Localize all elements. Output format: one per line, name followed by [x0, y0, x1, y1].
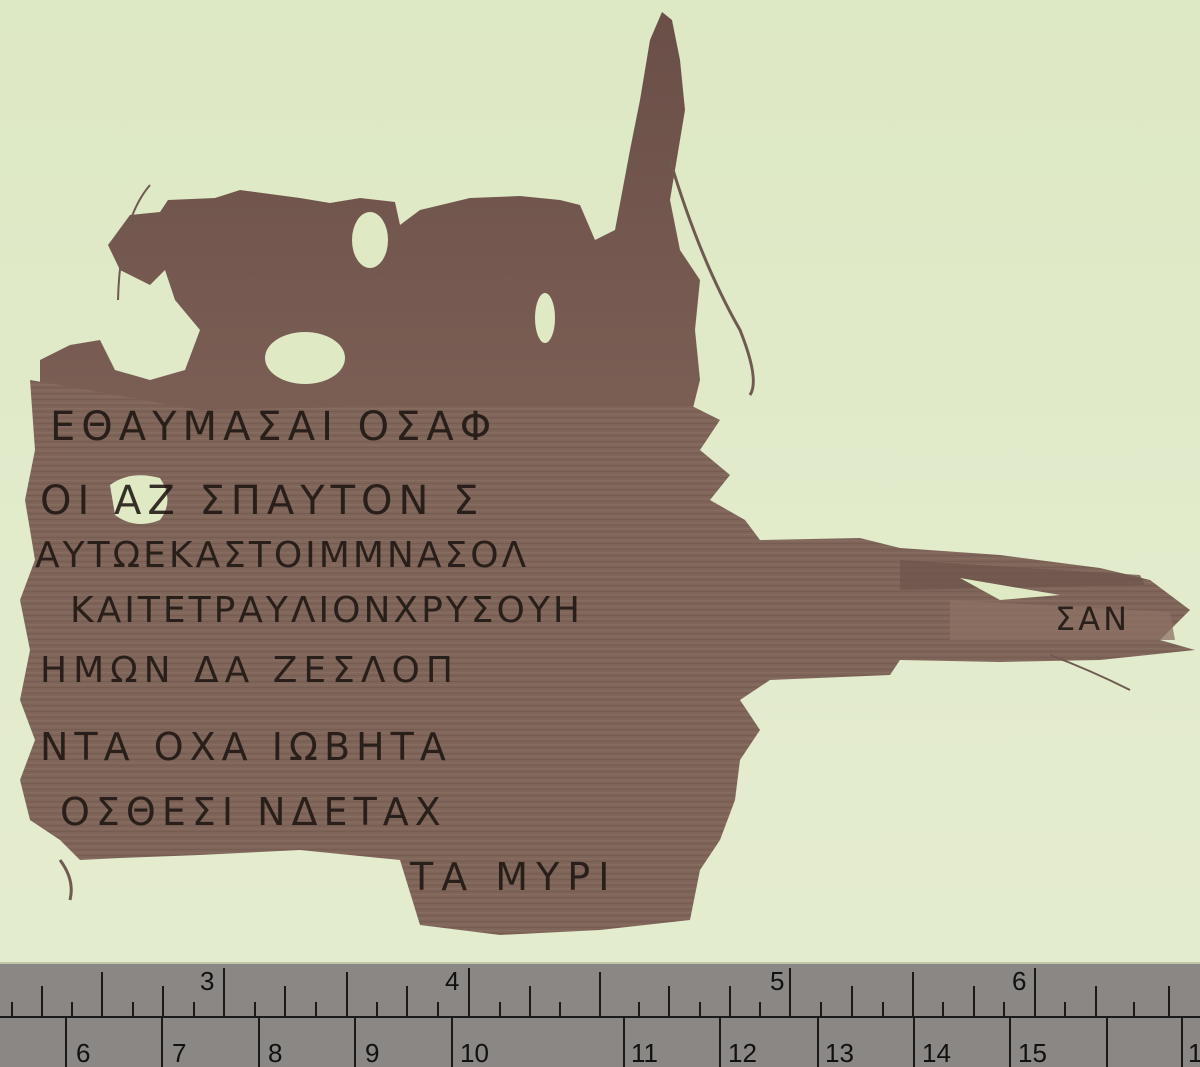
- ruler-cm-label: 1: [1188, 1038, 1200, 1067]
- text-line-4: ΚΑΙΤΕΤΡΑΥΛΙΟΝΧΡΥΣΟΥΗ: [70, 590, 583, 631]
- ruler-cm-label: 11: [631, 1038, 658, 1067]
- ruler-inch-label: 3: [200, 966, 214, 997]
- text-line-8: ΤΑ ΜΥΡΙ: [410, 855, 617, 899]
- ruler-cm-label: 12: [728, 1038, 757, 1067]
- ruler-cm-label: 7: [172, 1038, 186, 1067]
- text-line-7: ΟΣΘΕΣΙ ΝΔΕΤΑΧ: [60, 790, 447, 834]
- text-line-1: ΕΘΑΥΜΑΣΑΙ ΟΣΑΦ: [50, 404, 497, 450]
- ruler-inch-label: 4: [445, 966, 459, 997]
- text-line-3: ΑΥΤΩΕΚΑΣΤΟΙΜΜΝΑΣΟΛ: [35, 535, 529, 576]
- ruler-cm-label: 6: [76, 1038, 90, 1067]
- text-line-5: ΗΜΩΝ ΔΑ ΖΕΣΛΟΠ: [40, 650, 459, 691]
- ruler-cm-label: 8: [268, 1038, 282, 1067]
- ruler-cm-label: 13: [825, 1038, 854, 1067]
- text-line-6: ΝΤΑ ΟΧΑ ΙΩΒΗΤΑ: [40, 725, 452, 769]
- ruler-cm-label: 9: [365, 1038, 379, 1067]
- ruler-cm-label: 10: [460, 1038, 489, 1067]
- ruler-inch-label: 5: [770, 966, 784, 997]
- ruler-cm-label: 14: [922, 1038, 951, 1067]
- ruler-cm-label: 15: [1018, 1038, 1047, 1067]
- strip-text: ΣΑΝ: [1055, 600, 1130, 638]
- ruler-inch-label: 6: [1012, 966, 1026, 997]
- text-line-2: ΟΙ ΑΖ ΣΠΑΥΤΟΝ Σ: [40, 478, 484, 524]
- measurement-ruler: 3 4 5 6 6 7 8 9 10 11 12 13 14 15 1: [0, 962, 1200, 1067]
